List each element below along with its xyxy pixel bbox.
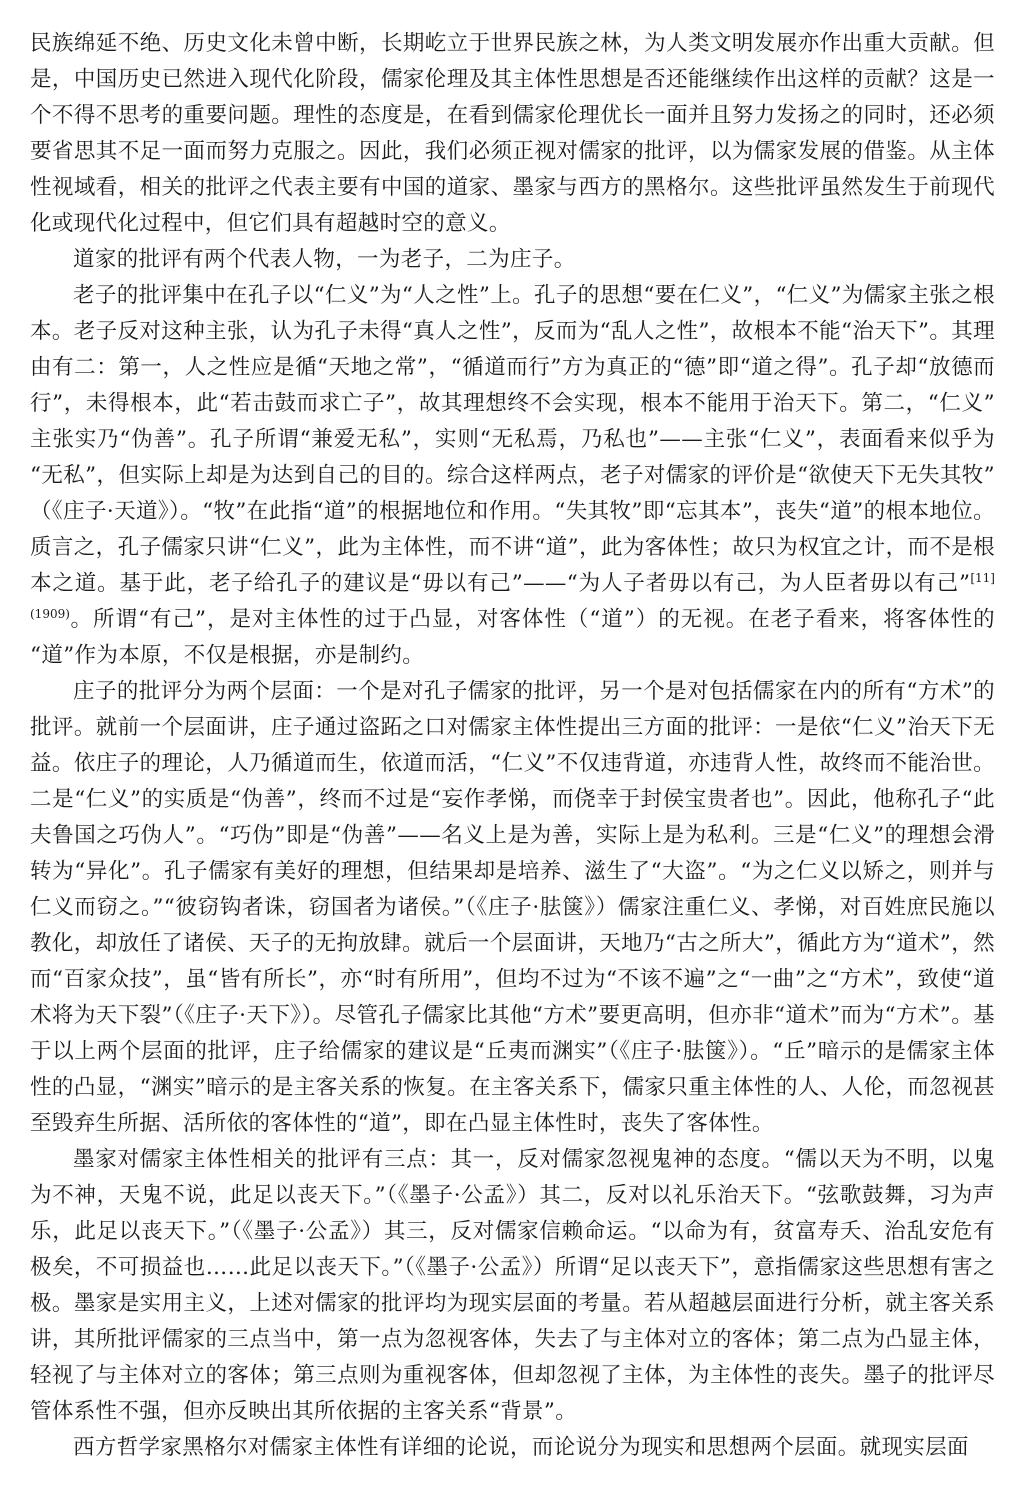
text-run: 墨家对儒家主体性相关的批评有三点：其一，反对儒家忽视鬼神的态度。“儒以天为不明，…	[30, 1147, 995, 1424]
paragraph: 老子的批评集中在孔子以“仁义”为“人之性”上。孔子的思想“要在仁义”，“仁义”为…	[30, 278, 995, 674]
document-page: 民族绵延不绝、历史文化未曾中断，长期屹立于世界民族之林，为人类文明发展亦作出重大…	[0, 0, 1024, 1506]
paragraph: 墨家对儒家主体性相关的批评有三点：其一，反对儒家忽视鬼神的态度。“儒以天为不明，…	[30, 1142, 995, 1430]
text-run: 民族绵延不绝、历史文化未曾中断，长期屹立于世界民族之林，为人类文明发展亦作出重大…	[30, 31, 995, 236]
paragraph: 西方哲学家黑格尔对儒家主体性有详细的论说，而论说分为现实和思想两个层面。就现实层…	[30, 1430, 995, 1466]
text-run: 老子的批评集中在孔子以“仁义”为“人之性”上。孔子的思想“要在仁义”，“仁义”为…	[30, 283, 995, 596]
text-run: 。所谓“有己”，是对主体性的过于凸显，对客体性（“道”）的无视。在老子看来，将客…	[30, 607, 995, 668]
text-run: 庄子的批评分为两个层面：一个是对孔子儒家的批评，另一个是对包括儒家在内的所有“方…	[30, 679, 995, 1136]
text-run: 道家的批评有两个代表人物，一为老子，二为庄子。	[73, 247, 576, 272]
text-run: 西方哲学家黑格尔对儒家主体性有详细的论说，而论说分为现实和思想两个层面。就现实层…	[73, 1435, 969, 1460]
paragraph: 道家的批评有两个代表人物，一为老子，二为庄子。	[30, 242, 995, 278]
paragraph: 庄子的批评分为两个层面：一个是对孔子儒家的批评，另一个是对包括儒家在内的所有“方…	[30, 674, 995, 1142]
document-body: 民族绵延不绝、历史文化未曾中断，长期屹立于世界民族之林，为人类文明发展亦作出重大…	[30, 26, 995, 1466]
paragraph: 民族绵延不绝、历史文化未曾中断，长期屹立于世界民族之林，为人类文明发展亦作出重大…	[30, 26, 995, 242]
